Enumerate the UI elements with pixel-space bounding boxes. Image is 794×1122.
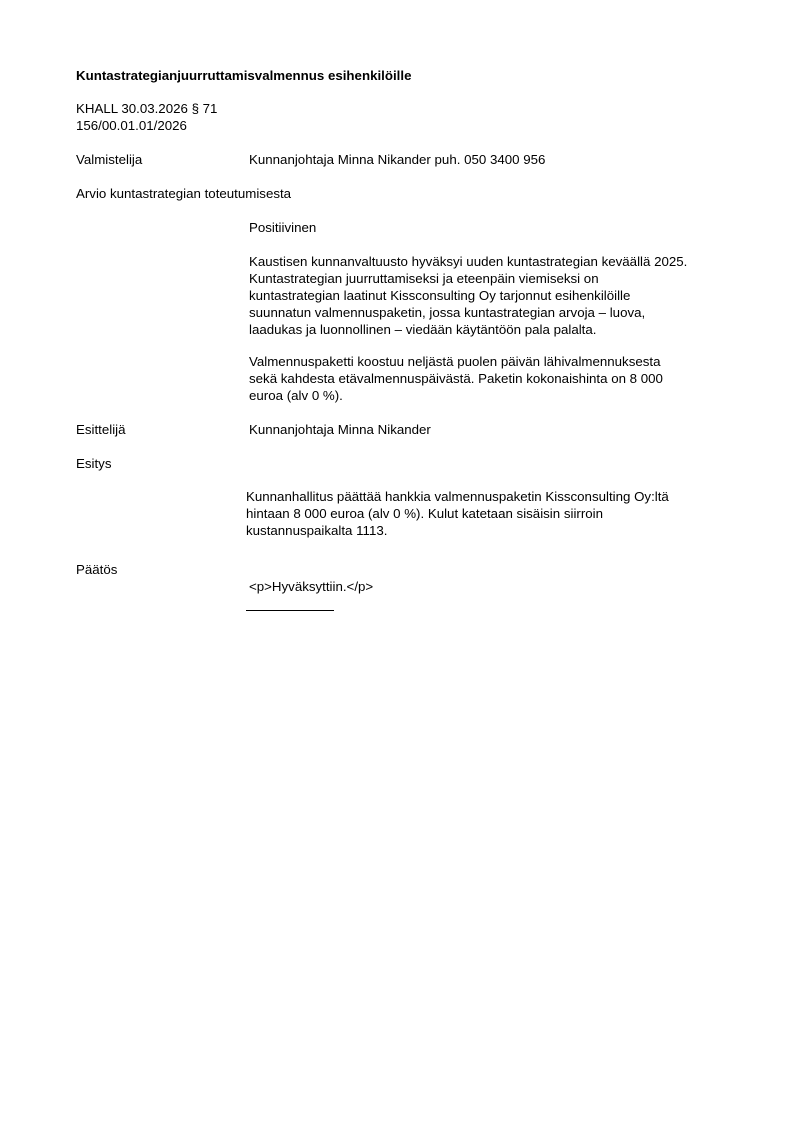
presenter-value: Kunnanjohtaja Minna Nikander (249, 421, 431, 438)
proposal-text: Kunnanhallitus päättää hankkia valmennus… (246, 488, 746, 539)
text-line: Kunnanhallitus päättää hankkia valmennus… (246, 488, 746, 505)
text-line: kuntastrategian laatinut Kissconsulting … (249, 287, 749, 304)
assessment-rating: Positiivinen (249, 219, 316, 236)
text-line: sekä kahdesta etävalmennuspäivästä. Pake… (249, 370, 749, 387)
text-line: Kaustisen kunnanvaltuusto hyväksyi uuden… (249, 253, 749, 270)
decision-value: <p>Hyväksyttiin.</p> (249, 578, 373, 595)
text-line: laadukas ja luonnollinen – viedään käytä… (249, 321, 749, 338)
text-line: kustannuspaikalta 1113. (246, 522, 746, 539)
assessment-paragraph-1: Kaustisen kunnanvaltuusto hyväksyi uuden… (249, 253, 749, 338)
preparer-value: Kunnanjohtaja Minna Nikander puh. 050 34… (249, 151, 545, 168)
record-number: 156/00.01.01/2026 (76, 117, 187, 134)
meeting-reference: KHALL 30.03.2026 § 71 (76, 100, 217, 117)
document-title: Kuntastrategianjuurruttamisvalmennus esi… (76, 67, 411, 84)
text-line: euroa (alv 0 %). (249, 387, 749, 404)
text-line: suunnatun valmennuspaketin, jossa kuntas… (249, 304, 749, 321)
signature-divider (246, 610, 334, 611)
assessment-heading: Arvio kuntastrategian toteutumisesta (76, 185, 291, 202)
text-line: Kuntastrategian juurruttamiseksi ja etee… (249, 270, 749, 287)
decision-label: Päätös (76, 561, 117, 578)
preparer-label: Valmistelija (76, 151, 142, 168)
text-line: hintaan 8 000 euroa (alv 0 %). Kulut kat… (246, 505, 746, 522)
proposal-label: Esitys (76, 455, 111, 472)
assessment-paragraph-2: Valmennuspaketti koostuu neljästä puolen… (249, 353, 749, 404)
presenter-label: Esittelijä (76, 421, 126, 438)
text-line: Valmennuspaketti koostuu neljästä puolen… (249, 353, 749, 370)
